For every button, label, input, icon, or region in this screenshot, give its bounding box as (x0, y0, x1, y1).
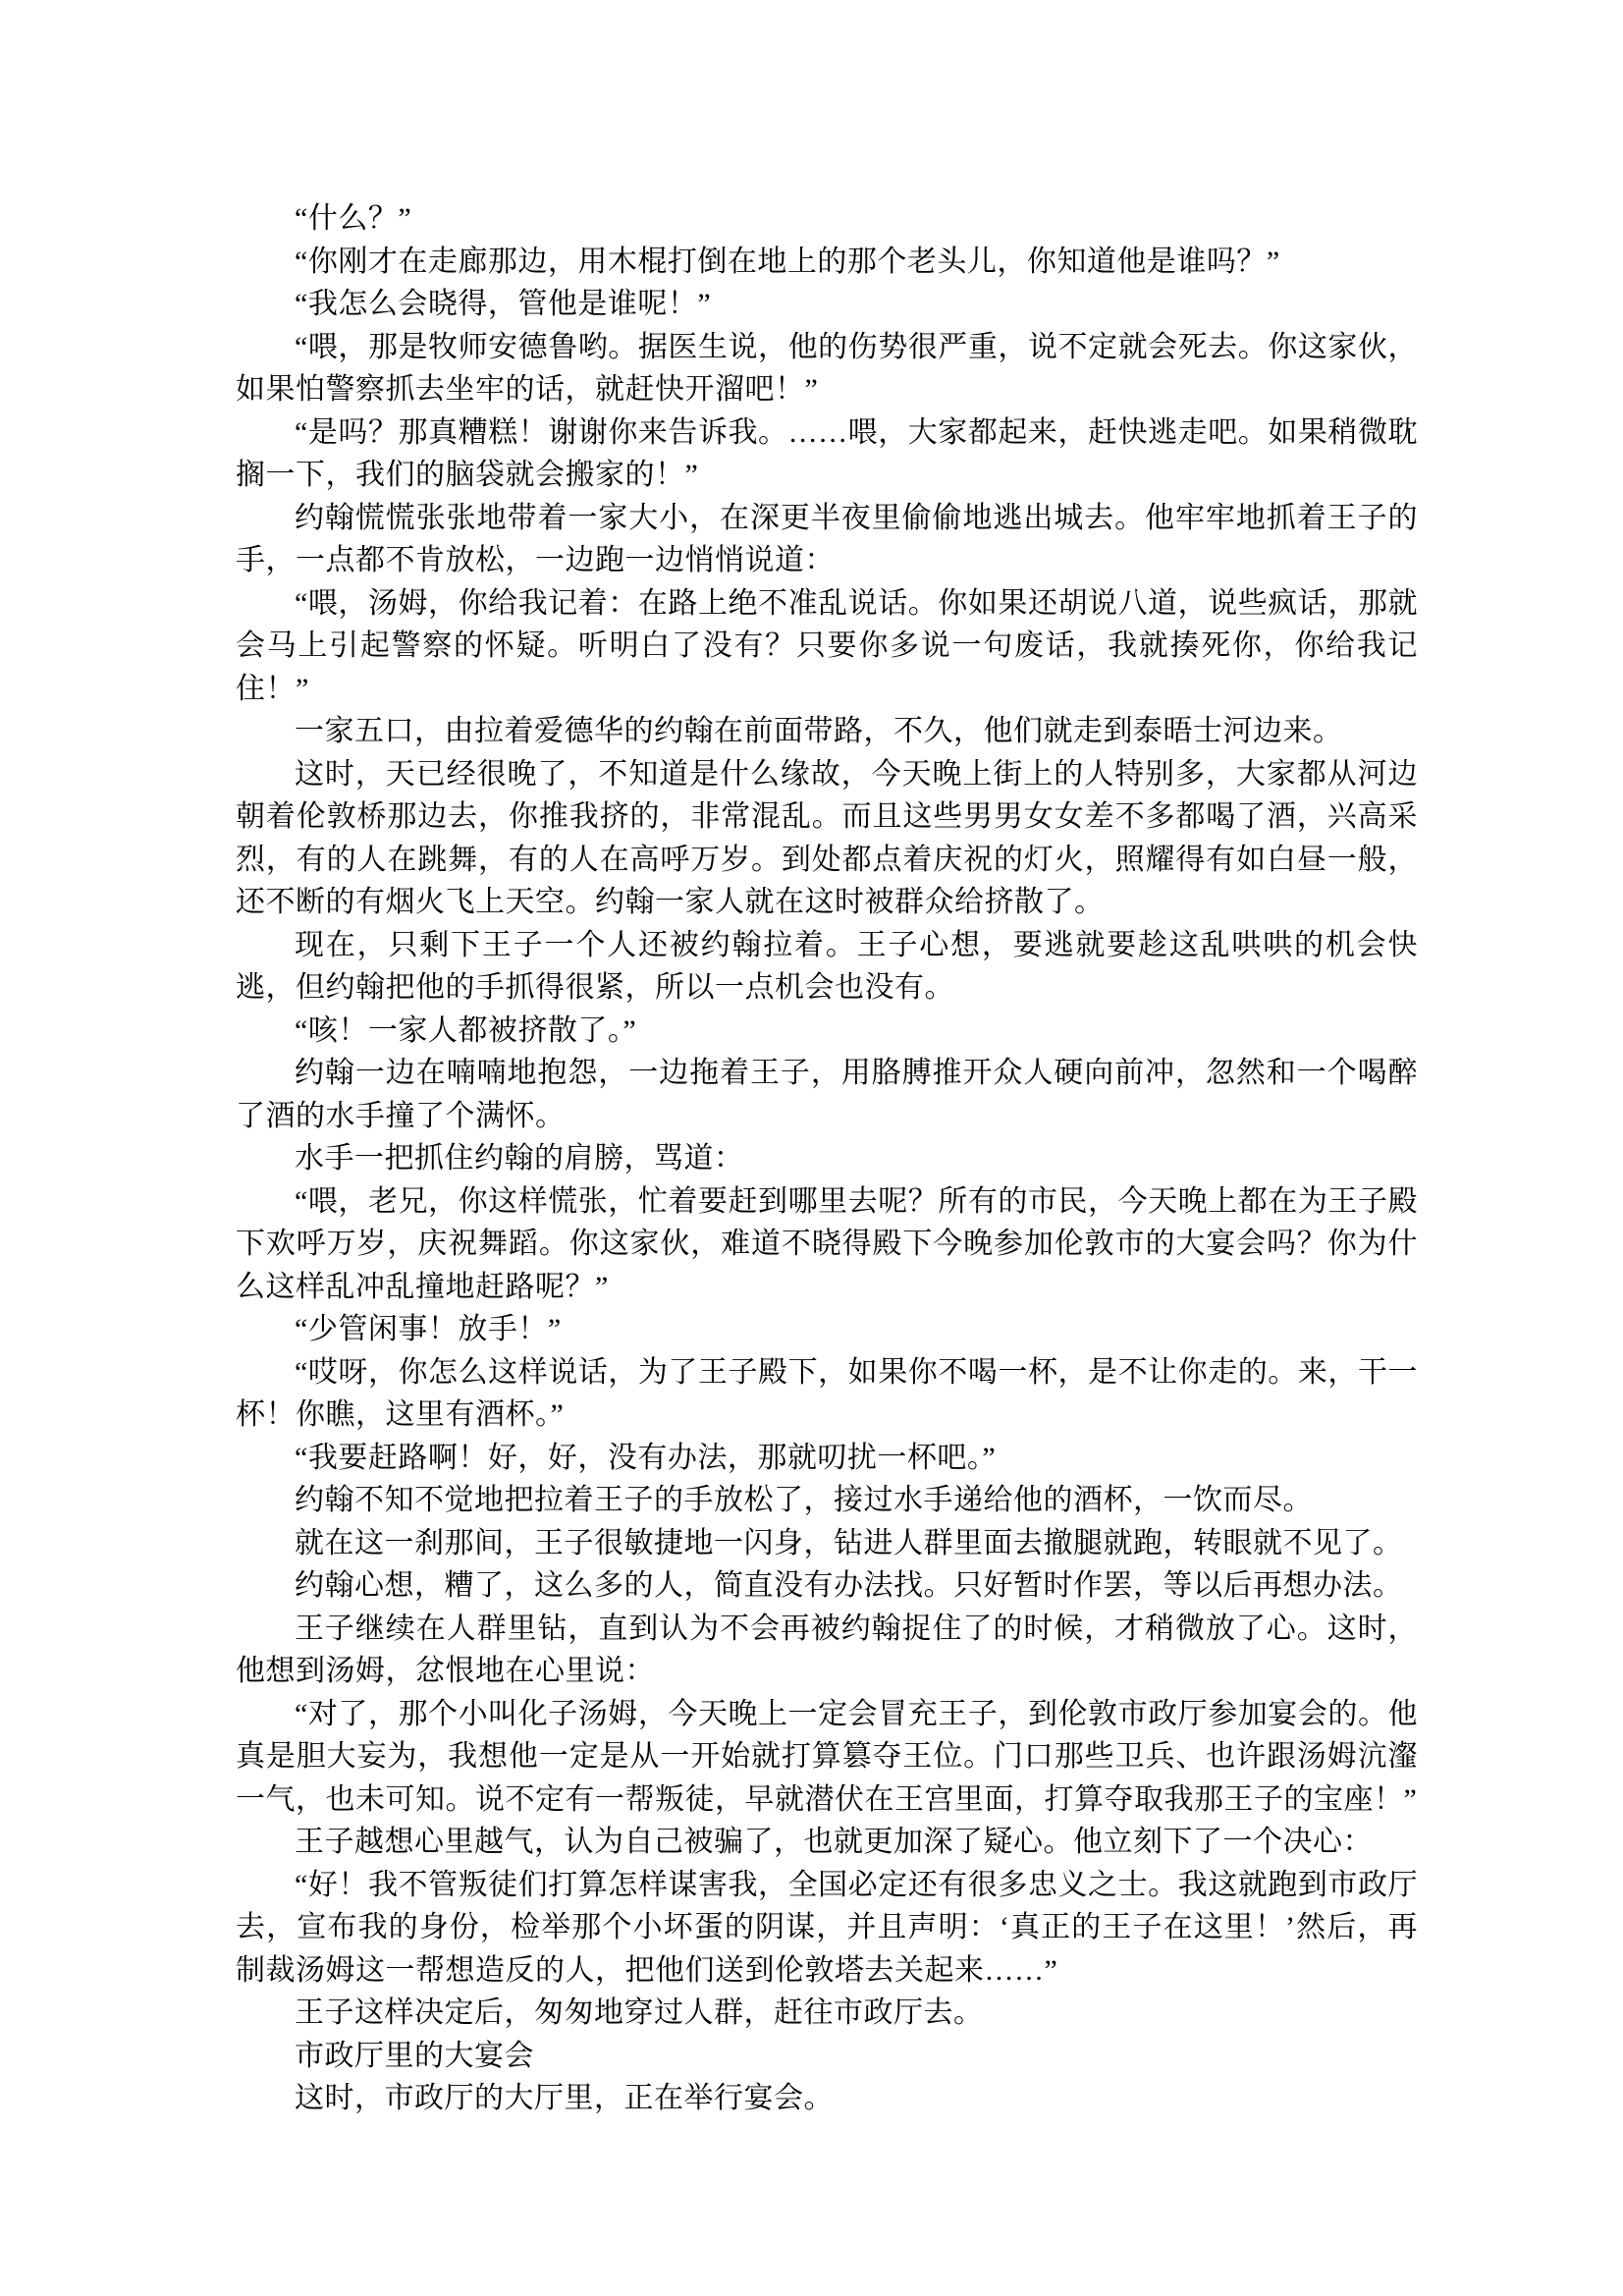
paragraph: “是吗？那真糟糕！谢谢你来告诉我。……喂，大家都起来，赶快逃走吧。如果稍微耽搁一… (236, 411, 1418, 497)
paragraph: “喂，汤姆，你给我记着：在路上绝不准乱说话。你如果还胡说八道，说些疯话，那就会马… (236, 582, 1418, 711)
paragraph: “好！我不管叛徒们打算怎样谋害我，全国必定还有很多忠义之士。我这就跑到市政厅去，… (236, 1864, 1418, 1993)
paragraph: 约翰心想，糟了，这么多的人，简直没有办法找。只好暂时作罢，等以后再想办法。 (236, 1564, 1418, 1608)
paragraph: 就在这一刹那间，王子很敏捷地一闪身，钻进人群里面去撤腿就跑，转眼就不见了。 (236, 1522, 1418, 1565)
paragraph: 一家五口，由拉着爱德华的约翰在前面带路，不久，他们就走到泰晤士河边来。 (236, 710, 1418, 753)
paragraph: “喂，老兄，你这样慌张，忙着要赶到哪里去呢？所有的市民，今天晚上都在为王子殿下欢… (236, 1180, 1418, 1309)
paragraph: “哎呀，你怎么这样说话，为了王子殿下，如果你不喝一杯，是不让你走的。来，干一杯！… (236, 1351, 1418, 1437)
paragraph: 约翰慌慌张张地带着一家大小，在深更半夜里偷偷地逃出城去。他牢牢地抓着王子的手，一… (236, 497, 1418, 582)
text-block: “什么？” “你刚才在走廊那边，用木棍打倒在地上的那个老头儿，你知道他是谁吗？”… (236, 197, 1418, 2120)
paragraph: “我怎么会晓得，管他是谁呢！” (236, 283, 1418, 326)
paragraph: “对了，那个小叫化子汤姆，今天晚上一定会冒充王子，到伦敦市政厅参加宴会的。他真是… (236, 1693, 1418, 1822)
paragraph: 这时，市政厅的大厅里，正在举行宴会。 (236, 2077, 1418, 2120)
paragraph: 约翰一边在喃喃地抱怨，一边拖着王子，用胳膊推开众人硬向前冲，忽然和一个喝醉了酒的… (236, 1052, 1418, 1137)
paragraph: “少管闲事！放手！” (236, 1308, 1418, 1351)
paragraph: “我要赶路啊！好，好，没有办法，那就叨扰一杯吧。” (236, 1437, 1418, 1480)
paragraph: “咳！一家人都被挤散了。” (236, 1010, 1418, 1053)
paragraph: 王子这样决定后，匆匆地穿过人群，赶往市政厅去。 (236, 1992, 1418, 2035)
section-heading: 市政厅里的大宴会 (236, 2035, 1418, 2078)
paragraph: 这时，天已经很晚了，不知道是什么缘故，今天晚上街上的人特别多，大家都从河边朝着伦… (236, 753, 1418, 924)
paragraph: 现在，只剩下王子一个人还被约翰拉着。王子心想，要逃就要趁这乱哄哄的机会快逃，但约… (236, 924, 1418, 1010)
paragraph: “喂，那是牧师安德鲁哟。据医生说，他的伤势很严重，说不定就会死去。你这家伙，如果… (236, 326, 1418, 411)
page: “什么？” “你刚才在走廊那边，用木棍打倒在地上的那个老头儿，你知道他是谁吗？”… (0, 0, 1623, 2296)
paragraph: 水手一把抓住约翰的肩膀，骂道： (236, 1137, 1418, 1180)
paragraph: 约翰不知不觉地把拉着王子的手放松了，接过水手递给他的酒杯，一饮而尽。 (236, 1479, 1418, 1522)
paragraph: 王子越想心里越气，认为自己被骗了，也就更加深了疑心。他立刻下了一个决心： (236, 1821, 1418, 1864)
paragraph: “你刚才在走廊那边，用木棍打倒在地上的那个老头儿，你知道他是谁吗？” (236, 241, 1418, 284)
paragraph: 王子继续在人群里钻，直到认为不会再被约翰捉住了的时候，才稍微放了心。这时，他想到… (236, 1608, 1418, 1693)
paragraph: “什么？” (236, 197, 1418, 241)
